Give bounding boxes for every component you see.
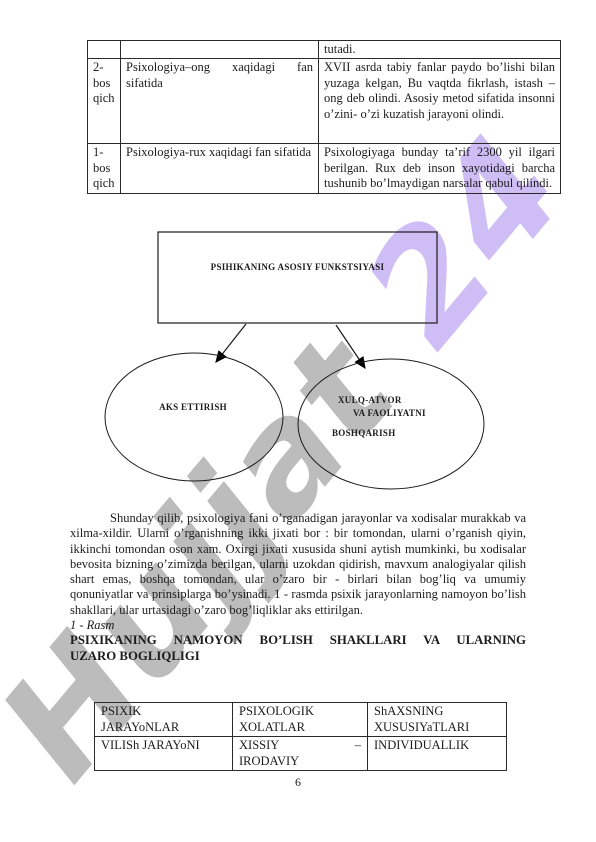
- psychology-stages-table: tutadi. 2- bos qich Psixologiya–ong xaqi…: [87, 40, 561, 194]
- stage-line: 2-: [93, 60, 115, 75]
- table-cell-title: Psixologiya-rux xaqidagi fan sifatida: [121, 144, 319, 193]
- table-cell: XISSIY – IRODAVIY: [233, 737, 368, 771]
- cell-dash: –: [355, 738, 361, 754]
- paragraph: Shunday qilib, psixologiya fani o’rganad…: [70, 511, 526, 618]
- table-row: VILISh JARAYoNI XISSIY – IRODAVIY INDIVI…: [95, 737, 507, 771]
- arrow-left: [216, 324, 246, 362]
- cell-word: XISSIY: [239, 738, 279, 754]
- table-cell: PSIXIK JARAYoNLAR: [95, 703, 233, 737]
- table-row: 2- bos qich Psixologiya–ong xaqidagi fan…: [88, 59, 561, 144]
- cell-line: JARAYoNLAR: [101, 720, 226, 736]
- function-box: [158, 232, 437, 323]
- table-cell-description: Psixologiyaga bunday ta’rif 2300 yil ilg…: [319, 144, 561, 193]
- function-box-label: PSIHIKANING ASOSIY FUNKSTSIYASI: [158, 261, 437, 274]
- right-ellipse-label-line1: XULQ-ATVOR: [338, 394, 426, 407]
- page-number: 6: [0, 775, 596, 790]
- table-cell-stage: [88, 41, 121, 59]
- table-cell-description: tutadi.: [319, 41, 561, 59]
- table-cell: ShAXSNING XUSUSIYaTLARI: [368, 703, 507, 737]
- stage-line: qich: [93, 91, 115, 106]
- page-content: tutadi. 2- bos qich Psixologiya–ong xaqi…: [0, 0, 596, 842]
- section-heading-line2: UZARO BOGLIQLIGI: [70, 649, 526, 665]
- right-ellipse-label: XULQ-ATVOR VA FAOLIYATNI BOSHQARISH: [332, 394, 426, 440]
- table-row: PSIXIK JARAYoNLAR PSIXOLOGIK XOLATLAR Sh…: [95, 703, 507, 737]
- cell-line: XISSIY –: [239, 738, 361, 754]
- table-cell: INDIVIDUALLIK: [368, 737, 507, 771]
- cell-line: PSIXOLOGIK: [239, 704, 361, 720]
- document-page: Hujjat 24 tutadi. 2- bos qich Psixologiy…: [0, 0, 596, 842]
- stage-line: qich: [93, 176, 115, 191]
- arrow-right: [336, 325, 365, 368]
- cell-line: IRODAVIY: [239, 754, 361, 770]
- section-heading: PSIXIKANING NAMOYON BO’LISH SHAKLLARI VA…: [70, 633, 526, 664]
- figure-caption: 1 - Rasm: [70, 618, 526, 633]
- stage-line: 1-: [93, 145, 115, 160]
- section-heading-line1: PSIXIKANING NAMOYON BO’LISH SHAKLLARI VA…: [70, 633, 526, 649]
- table-cell-description: XVII asrda tabiy fanlar paydo bo’lishi b…: [319, 59, 561, 144]
- table-cell: VILISh JARAYoNI: [95, 737, 233, 771]
- table-cell-title: [121, 41, 319, 59]
- cell-line: PSIXIK: [101, 704, 226, 720]
- right-ellipse-label-line2: VA FAOLIYATNI: [353, 407, 426, 420]
- cell-line: ShAXSNING: [374, 704, 500, 720]
- table-cell-stage: 2- bos qich: [88, 59, 121, 144]
- left-ellipse-label: AKS ETTIRISH: [104, 401, 282, 414]
- cell-line: XUSUSIYaTLARI: [374, 720, 500, 736]
- psychic-forms-table: PSIXIK JARAYoNLAR PSIXOLOGIK XOLATLAR Sh…: [94, 702, 507, 771]
- cell-line: XOLATLAR: [239, 720, 361, 736]
- table-row: tutadi.: [88, 41, 561, 59]
- table-row: 1- bos qich Psixologiya-rux xaqidagi fan…: [88, 144, 561, 193]
- table-cell-title: Psixologiya–ong xaqidagi fan sifatida: [121, 59, 319, 144]
- body-text: Shunday qilib, psixologiya fani o’rganad…: [70, 511, 526, 665]
- table-cell: PSIXOLOGIK XOLATLAR: [233, 703, 368, 737]
- table-cell-stage: 1- bos qich: [88, 144, 121, 193]
- stage-line: bos: [93, 76, 115, 91]
- left-ellipse: [105, 353, 283, 481]
- right-ellipse-label-line3: BOSHQARISH: [332, 427, 426, 440]
- stage-line: bos: [93, 161, 115, 176]
